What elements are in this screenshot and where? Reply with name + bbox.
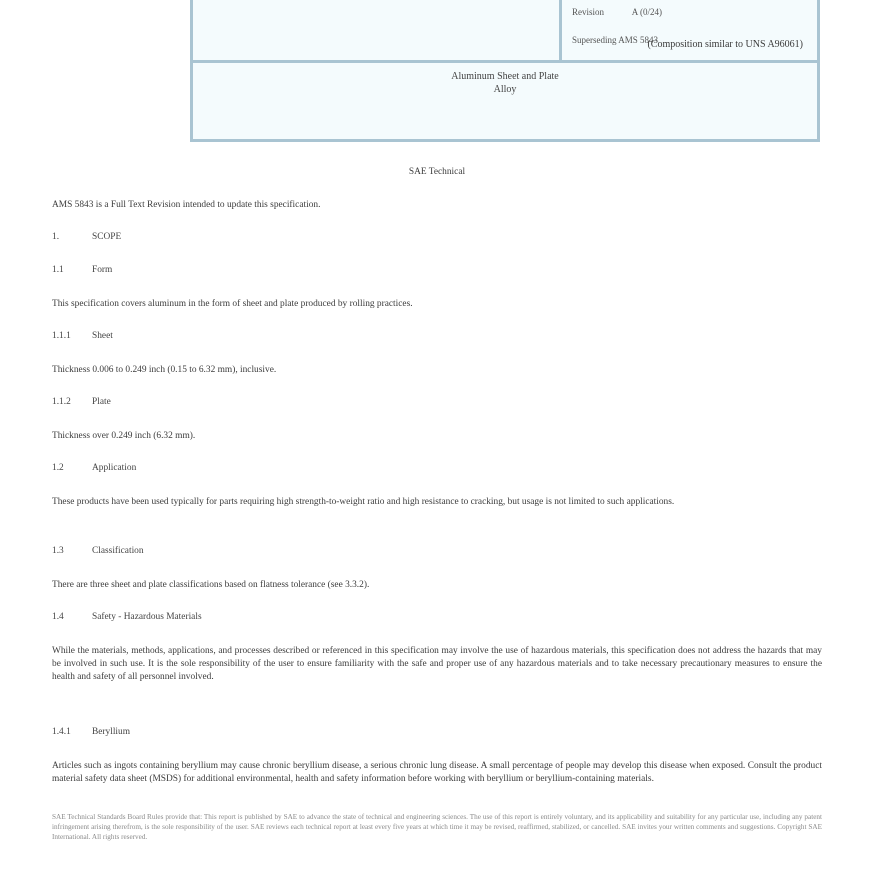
document-header-box: Revision A (0/24) Superseding AMS 5843 A… [190, 0, 820, 142]
section-heading: 1.3Classification [52, 546, 144, 556]
paragraph: Articles such as ingots containing beryl… [52, 760, 822, 786]
header-logo-cell [193, 0, 562, 60]
paragraph: While the materials, methods, applicatio… [52, 645, 822, 684]
section-heading: 1.4.1Beryllium [52, 727, 130, 737]
section-heading: 1.1.2Plate [52, 397, 111, 407]
meta-label: Superseding [572, 35, 617, 45]
meta-value: A (0/24) [632, 7, 662, 17]
margin-area [0, 0, 170, 60]
rationale-text: AMS 5843 is a Full Text Revision intende… [52, 199, 822, 212]
document-title-block: Aluminum Sheet and Plate Alloy [193, 65, 817, 95]
section-heading: 1.SCOPE [52, 232, 121, 242]
section-heading: 1.4Safety - Hazardous Materials [52, 612, 202, 622]
meta-row-revision: Revision A (0/24) [572, 7, 662, 17]
meta-row-superseding: Superseding AMS 5843 [572, 35, 658, 45]
section-heading: 1.2Application [52, 463, 136, 473]
composition-note: (Composition similar to UNS A96061) [647, 39, 803, 50]
header-top-row: Revision A (0/24) Superseding AMS 5843 [193, 0, 817, 63]
section-heading: 1.1.1Sheet [52, 331, 113, 341]
document-title: Aluminum Sheet and Plate [193, 71, 817, 82]
footnote: SAE Technical Standards Board Rules prov… [52, 812, 822, 842]
meta-label: Revision [572, 7, 630, 17]
paragraph: This specification covers aluminum in th… [52, 298, 822, 311]
paragraph: There are three sheet and plate classifi… [52, 579, 822, 592]
rationale-heading: SAE Technical [52, 166, 822, 179]
section-heading: 1.1Form [52, 265, 112, 275]
paragraph: Thickness 0.006 to 0.249 inch (0.15 to 6… [52, 364, 822, 377]
header-meta-cell: Revision A (0/24) Superseding AMS 5843 [562, 0, 817, 60]
paragraph: These products have been used typically … [52, 496, 822, 509]
paragraph: Thickness over 0.249 inch (6.32 mm). [52, 430, 822, 443]
document-subtitle: Alloy [193, 84, 817, 95]
